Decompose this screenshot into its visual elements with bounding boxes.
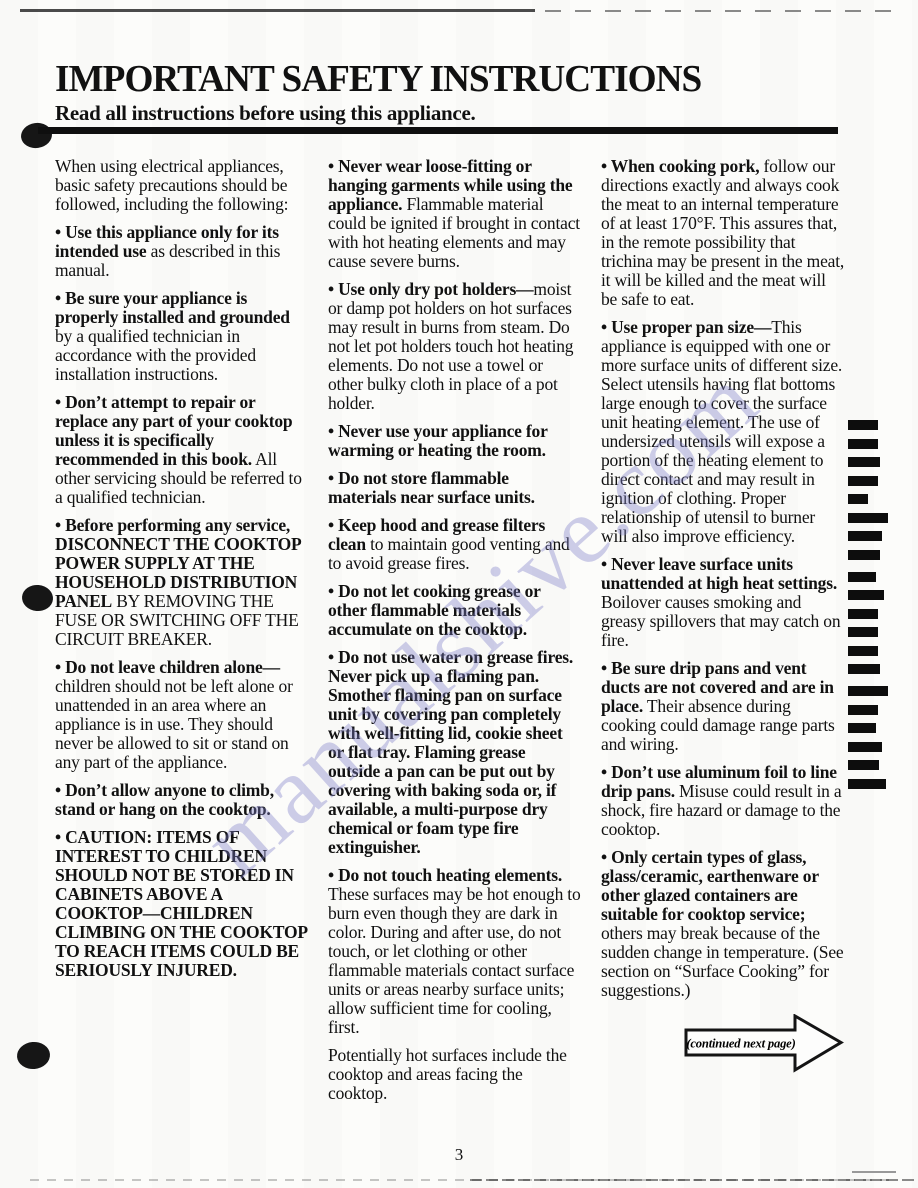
bold-text: • Don’t allow anyone to climb, stand or … xyxy=(55,780,274,819)
safety-paragraph: • Don’t use aluminum foil to line drip p… xyxy=(601,763,845,839)
punch-hole-icon xyxy=(21,584,54,613)
bold-text: • Do not touch heating elements. xyxy=(328,865,562,885)
safety-paragraph: • Before performing any service, DISCONN… xyxy=(55,516,307,649)
binding-bar xyxy=(848,476,878,486)
column-1: When using electrical appliances, basic … xyxy=(55,157,307,1112)
binding-bar xyxy=(848,439,878,449)
safety-paragraph: • Don’t allow anyone to climb, stand or … xyxy=(55,781,307,819)
body-text: by a qualified technician in accordance … xyxy=(55,326,256,384)
page-subtitle: Read all instructions before using this … xyxy=(55,101,840,126)
safety-paragraph: • When cooking pork, follow our directio… xyxy=(601,157,845,309)
scan-artifact-top-dashes xyxy=(545,10,905,12)
bold-text: • Never leave surface units unattended a… xyxy=(601,554,837,593)
manual-page: manualshive.com IMPORTANT SAFETY INSTRUC… xyxy=(0,0,918,1188)
safety-paragraph: • Do not let cooking grease or other fla… xyxy=(328,582,581,639)
safety-paragraph: • Only certain types of glass, glass/cer… xyxy=(601,848,845,1000)
continued-next-page-label: (continued next page) xyxy=(686,1037,795,1051)
punch-hole-icon xyxy=(16,1041,51,1071)
binding-bar xyxy=(848,723,876,733)
binding-bar xyxy=(848,760,879,770)
punch-hole-icon xyxy=(19,121,53,150)
safety-paragraph: • Never leave surface units unattended a… xyxy=(601,555,845,650)
bold-text: • CAUTION: ITEMS OF INTEREST TO CHILDREN… xyxy=(55,827,307,980)
page-title: IMPORTANT SAFETY INSTRUCTIONS xyxy=(55,58,824,100)
binding-marks xyxy=(848,420,892,797)
bold-text: • Use proper pan size— xyxy=(601,317,771,337)
safety-paragraph: • Do not store flammable materials near … xyxy=(328,469,581,507)
body-text: follow our directions exactly and always… xyxy=(601,156,844,309)
safety-paragraph: • Do not leave children alone—children s… xyxy=(55,658,307,772)
page-header: IMPORTANT SAFETY INSTRUCTIONS Read all i… xyxy=(55,58,840,126)
binding-bar xyxy=(848,609,878,619)
safety-paragraph: • Use this appliance only for its intend… xyxy=(55,223,307,280)
safety-paragraph: • Don’t attempt to repair or replace any… xyxy=(55,393,307,507)
body-text: children should not be left alone or una… xyxy=(55,676,293,772)
safety-paragraph: • Keep hood and grease filters clean to … xyxy=(328,516,581,573)
bold-text: • Use only dry pot holders— xyxy=(328,279,533,299)
body-text: Potentially hot surfaces include the coo… xyxy=(328,1045,567,1103)
bold-text: • Do not let cooking grease or other fla… xyxy=(328,581,540,639)
binding-bar xyxy=(848,646,878,656)
bold-text: • Only certain types of glass, glass/cer… xyxy=(601,847,819,924)
safety-paragraph: • CAUTION: ITEMS OF INTEREST TO CHILDREN… xyxy=(55,828,307,980)
bold-text: • Never use your appliance for warming o… xyxy=(328,421,547,460)
binding-bar xyxy=(848,590,884,600)
safety-paragraph: Potentially hot surfaces include the coo… xyxy=(328,1046,581,1103)
continued-next-page-arrow: (continued next page) xyxy=(683,1014,845,1074)
safety-paragraph: When using electrical appliances, basic … xyxy=(55,157,307,214)
safety-paragraph: • Be sure drip pans and vent ducts are n… xyxy=(601,659,845,754)
safety-paragraph: • Be sure your appliance is properly ins… xyxy=(55,289,307,384)
safety-instructions-columns: When using electrical appliances, basic … xyxy=(55,157,845,1112)
binding-bar xyxy=(848,420,878,430)
bold-text: • Be sure your appliance is properly ins… xyxy=(55,288,290,327)
safety-paragraph: • Do not use water on grease fires. Neve… xyxy=(328,648,581,857)
scan-artifact-top-line xyxy=(20,9,535,12)
safety-paragraph: • Never use your appliance for warming o… xyxy=(328,422,581,460)
binding-bar xyxy=(848,705,878,715)
binding-bar xyxy=(848,531,882,541)
safety-paragraph: • Never wear loose-fitting or hanging ga… xyxy=(328,157,581,271)
safety-paragraph: • Do not touch heating elements. These s… xyxy=(328,866,581,1037)
scan-artifact-bottom-tick xyxy=(852,1171,896,1173)
header-rule xyxy=(38,127,838,134)
binding-bar xyxy=(848,742,882,752)
body-text: moist or damp pot holders on hot surface… xyxy=(328,279,573,413)
safety-paragraph: • Use only dry pot holders—moist or damp… xyxy=(328,280,581,413)
binding-bar xyxy=(848,686,888,696)
safety-paragraph: • Use proper pan size—This appliance is … xyxy=(601,318,845,546)
body-text: These surfaces may be hot enough to burn… xyxy=(328,884,581,1037)
page-number: 3 xyxy=(0,1145,918,1165)
binding-bar xyxy=(848,550,880,560)
bold-text: • When cooking pork, xyxy=(601,156,759,176)
bold-text: • Do not use water on grease fires. Neve… xyxy=(328,647,573,857)
body-text: others may break because of the sudden c… xyxy=(601,923,843,1000)
scan-artifact-bottom-dots-dark xyxy=(470,1179,918,1181)
binding-bar xyxy=(848,664,880,674)
body-text: Boilover causes smoking and greasy spill… xyxy=(601,592,840,650)
binding-bar xyxy=(848,513,888,523)
binding-bar xyxy=(848,779,886,789)
bold-text: • Do not store flammable materials near … xyxy=(328,468,535,507)
binding-bar xyxy=(848,572,876,582)
binding-bar xyxy=(848,627,878,637)
binding-bar xyxy=(848,457,880,467)
body-text: This appliance is equipped with one or m… xyxy=(601,317,842,546)
body-text: When using electrical appliances, basic … xyxy=(55,156,288,214)
binding-bar xyxy=(848,494,868,504)
bold-text: • Do not leave children alone— xyxy=(55,657,280,677)
column-3: • When cooking pork, follow our directio… xyxy=(601,157,845,1112)
column-2: • Never wear loose-fitting or hanging ga… xyxy=(328,157,581,1112)
